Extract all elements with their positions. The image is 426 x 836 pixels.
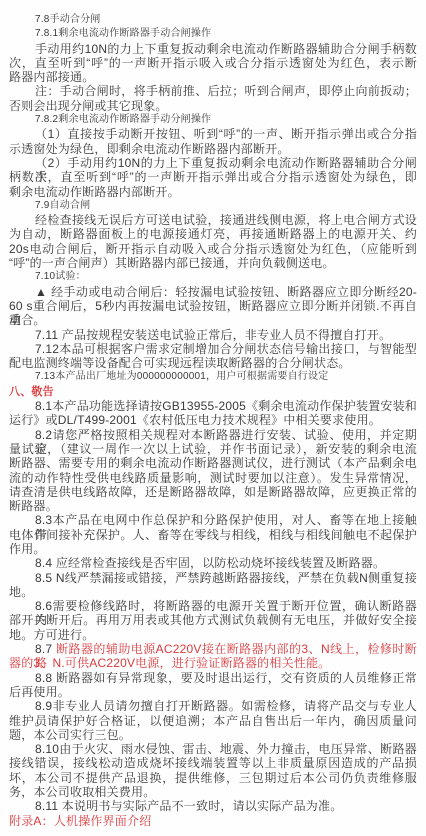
text-line: 8.1本产品功能选择请按GB13955-2005《剩余电流动作保护装置安装和 — [9, 399, 417, 413]
text-line: 题，本公司实行三包。 — [9, 728, 417, 742]
text-line: 7.10试验： — [9, 270, 417, 284]
text-line: 8.8 断路器如有异常现象，要及时退出运行，交有资质的人员维修正常 — [9, 671, 417, 685]
document-body: 7.8手动合分闸7.8.1剩余电流动作断路器手动合闸操作手动用约10N的力上下重… — [9, 13, 417, 828]
text-line: 断路器。 — [9, 499, 417, 513]
text-line: 器的3、N.可供AC220V电源，进行验证断路器的相关性能。 — [9, 656, 417, 670]
text-line: 柄数次，直至听到“呼”的一声断开指示弹出或合分指示透窗处为绿色，即 — [9, 170, 417, 184]
text-line: 重合。 — [9, 313, 417, 327]
text-line: 8.3本产品在电网中作总保护和分路保护使用，对人、畜等在地上接触带 — [9, 513, 417, 527]
text-line: 附录A：人机操作界面介绍 — [9, 814, 417, 828]
text-line: 为自动，断路器面板上的电源接通灯亮，再接通断路器上的电源开关、约 — [9, 227, 417, 241]
text-line: 7.13本产品出厂地址为000000000001，用户可根据需要自行设定 — [9, 370, 417, 384]
text-line: 8.9非专业人员请勿擅自打开断路器。如需检修，请将产品交与专业人员 — [9, 699, 417, 713]
text-line: 8.11 本说明书与实际产品不一致时，请以实际产品为准。 — [9, 799, 417, 813]
document-page: 7.8手动合分闸7.8.1剩余电流动作断路器手动合闸操作手动用约10N的力上下重… — [0, 0, 426, 836]
text-line: 务，本公司收取相关费用。 — [9, 785, 417, 799]
text-line: 注：手动合闸时，将手柄前推、后拉；听到合闸声，即停止向前扳动； — [9, 84, 417, 98]
text-line: （1）直接按手动断开按钮、听到“呼”的一声、断开指示弹出或合分指 — [9, 127, 417, 141]
text-line: 地。 — [9, 585, 417, 599]
section-heading: 八、敬告 — [9, 385, 417, 399]
text-line: 剩余电流动作断路器内部断开。 — [9, 185, 417, 199]
text-line: “呼”的一声合闸声）其断路器内部已接通，并向负载侧送电。 — [9, 256, 417, 270]
text-line: 电体作间接补充保护。人、畜等在零线与相线，相线与相线间触电不起保护 — [9, 528, 417, 542]
text-line: 路器内部接通。 — [9, 70, 417, 84]
text-line: 7.8.1剩余电流动作断路器手动合闸操作 — [9, 27, 417, 41]
text-line: 60 s重合闸后，5秒内再按漏电试验按钮，断路器应立即分断并闭锁.不再自动 — [9, 299, 417, 313]
text-line: 次，直至听到“呼”的一声断开指示吸入或合分指示透窗处为红色，表示断 — [9, 56, 417, 70]
text-segment: 8.7 — [35, 642, 56, 656]
text-line: 8.10由于火灾、雨水侵蚀、雷击、地震、外力撞击，电压异常、断路器 — [9, 742, 417, 756]
text-line: 示透窗处为绿色，即剩余电流动作断路器内部断开。 — [9, 142, 417, 156]
text-line: 部开关断开后。再用万用表或其他方式测试负载侧有无电压，并做好安全接 — [9, 613, 417, 627]
text-line: 7.12本品可根据客户需求定制增加合分闸状态信号输出接口，与智能型 — [9, 342, 417, 356]
text-line: 流的动作特性受供电线路质量影响，测试时要加以注意）。发生异常情况， — [9, 471, 417, 485]
text-line: 经检查接线无误后方可送电试验，接通进线侧电源，将上电合闸方式设 — [9, 213, 417, 227]
text-line: 后再使用。 — [9, 685, 417, 699]
text-line: ▲ 经手动或电动合闸后：轻按漏电试验按钮、断路器应立即分断经20- — [9, 285, 417, 299]
text-line: 7.11 产品按规程安装送电试验正常后，非专业人员不得擅自打开。 — [9, 328, 417, 342]
text-line: 8.5 N线严禁漏接或错接，严禁跨越断路器接线，严禁在负载N侧重复接 — [9, 571, 417, 585]
text-line: 20s电动合闸后，断开指示自动吸入或合分指示透窗处为红色，（应能听到 — [9, 242, 417, 256]
text-line: 8.7 断路器的辅助电源AC220V接在断路器内部的3、N线上，检修时断路 — [9, 642, 417, 656]
text-line: 7.8手动合分闸 — [9, 13, 417, 27]
text-line: 8.4 应经常检查接线是否牢固，以防松动烧坏接线装置及断路器。 — [9, 556, 417, 570]
text-line: 接线错误，接线松动造成烧坏接线端装置等以上非质量原因造成的产品损 — [9, 756, 417, 770]
text-line: 配电监测终端等设备配合可实现远程读取断路器的合分闸状态。 — [9, 356, 417, 370]
text-line: 请查清是供电线路故障，还是断路器故障，如是断路器故障，应更换正常的 — [9, 485, 417, 499]
text-line: 手动用约10N的力上下重复扳动剩余电流动作断路器辅助合分闸手柄数 — [9, 42, 417, 56]
text-line: 7.9自动合闸 — [9, 199, 417, 213]
text-line: 作用。 — [9, 542, 417, 556]
text-line: 量试验，（建议一周作一次以上试验，并作书面记录），新安装的剩余电流 — [9, 442, 417, 456]
text-line: 地。方可进行。 — [9, 628, 417, 642]
manual-page: { "document": { "type": "scanned-instruc… — [0, 0, 426, 836]
text-line: （2）手动用约10N的力上下重复扳动剩余电流动作断路器辅助合分闸手 — [9, 156, 417, 170]
text-line: 7.8.2剩余电流动作断路器手动分闸操作 — [9, 113, 417, 127]
text-line: 8.2请您严格按照相关规程对本断路器进行安装、试验、使用，并定期定 — [9, 428, 417, 442]
text-line: 断路器、需要专用的剩余电流动作断路器测试仪，进行测试（本产品剩余电 — [9, 456, 417, 470]
text-line: 运行》或DL/T499-2001《农村低压电力技术规程》中相关要求使用。 — [9, 413, 417, 427]
text-line: 8.6需要检修线路时，将断路器的电源开关置于断开位置，确认断路器内 — [9, 599, 417, 613]
text-line: 坏，本公司不提供产品退换，提供维修，三包期过后本公司仍负责维修服 — [9, 771, 417, 785]
text-line: 否则会出现分闸或其它现象。 — [9, 99, 417, 113]
text-line: 维护。请保护好合格证，以便追溯；本产品自售出后一年内，确因质量问 — [9, 714, 417, 728]
